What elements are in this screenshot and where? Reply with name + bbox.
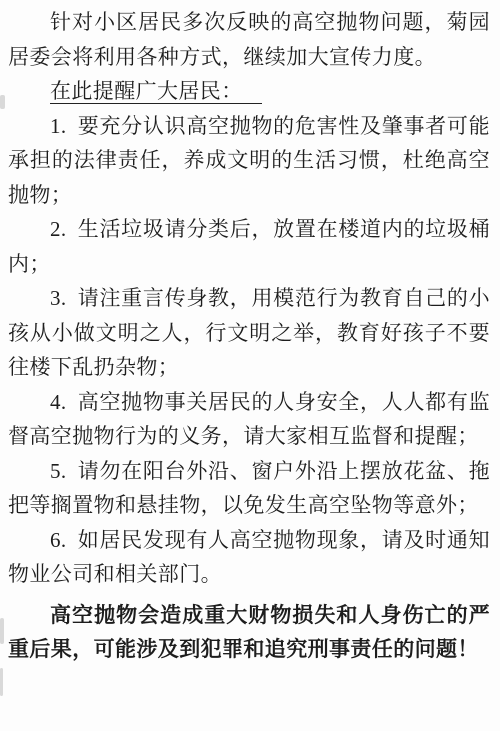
notice-item-5: 5. 请勿在阳台外沿、窗户外沿上摆放花盆、拖把等搁置物和悬挂物，以免发生高空坠物… (8, 454, 490, 523)
notice-item-4: 4. 高空抛物事关居民的人身安全，人人都有监督高空抛物行为的义务，请大家相互监督… (8, 385, 490, 454)
reminder-heading-text: 在此提醒广大居民： (50, 79, 262, 104)
scan-artifact (0, 668, 3, 696)
scan-artifact (0, 95, 5, 109)
reminder-heading: 在此提醒广大居民： (8, 74, 490, 109)
notice-item-6: 6. 如居民发现有人高空抛物现象，请及时通知物业公司和相关部门。 (8, 523, 490, 592)
warning-paragraph: 高空抛物会造成重大财物损失和人身伤亡的严重后果，可能涉及到犯罪和追究刑事责任的问… (8, 598, 490, 667)
notice-document: 针对小区居民多次反映的高空抛物问题，菊园居委会将利用各种方式，继续加大宣传力度。… (0, 0, 500, 731)
notice-item-1: 1. 要充分认识高空抛物的危害性及肇事者可能承担的法律责任，养成文明的生活习惯，… (8, 109, 490, 213)
scan-artifact (0, 618, 4, 644)
notice-item-2: 2. 生活垃圾请分类后，放置在楼道内的垃圾桶内； (8, 212, 490, 281)
intro-paragraph: 针对小区居民多次反映的高空抛物问题，菊园居委会将利用各种方式，继续加大宣传力度。 (8, 5, 490, 74)
notice-item-3: 3. 请注重言传身教，用模范行为教育自己的小孩从小做文明之人，行文明之举，教育好… (8, 281, 490, 385)
